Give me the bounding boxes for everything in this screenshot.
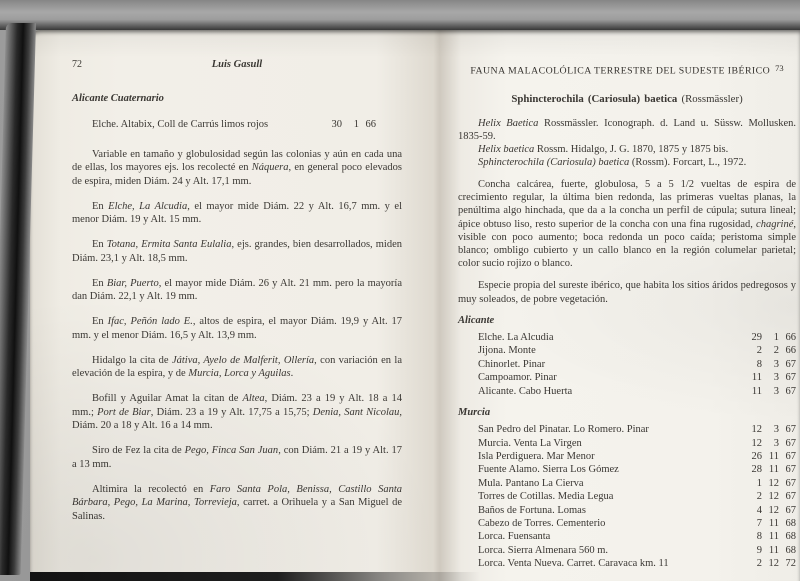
section-heading: Alicante Cuaternario bbox=[72, 92, 402, 106]
right-page: FAUNA MALACOLÓLICA TERRESTRE DEL SUDESTE… bbox=[458, 62, 796, 571]
region-heading: Alicante bbox=[458, 314, 796, 327]
date-year: 67 bbox=[779, 423, 796, 436]
paragraph: En Biar, Puerto, el mayor mide Diám. 26 … bbox=[72, 277, 402, 304]
locality-row: Cabezo de Torres. Cementerio71168 bbox=[458, 517, 796, 530]
paragraph: Hidalgo la cita de Játiva, Ayelo de Malf… bbox=[72, 354, 402, 381]
date-month: 12 bbox=[762, 477, 779, 490]
locality-name: Torres de Cotillas. Media Legua bbox=[478, 490, 745, 503]
text: , Diám. 23 a 19 y Alt. 17,75 a 15,75; bbox=[151, 407, 313, 418]
text: En bbox=[92, 278, 107, 289]
right-page-header: FAUNA MALACOLÓLICA TERRESTRE DEL SUDESTE… bbox=[458, 62, 796, 78]
paragraph: Especie propia del sureste ibérico, que … bbox=[458, 279, 796, 305]
text: Concha calcárea, fuerte, globulosa, 5 a … bbox=[458, 179, 796, 230]
right-page-paragraphs: Concha calcárea, fuerte, globulosa, 5 a … bbox=[458, 178, 796, 306]
italic-text: Altea bbox=[242, 393, 264, 404]
left-page-number: 72 bbox=[72, 58, 106, 72]
record-row: Elche. Altabix, Coll de Carrús limos roj… bbox=[72, 118, 402, 132]
locality-row: Campoamor. Pinar11367 bbox=[458, 371, 796, 384]
date-day: 1 bbox=[745, 477, 762, 490]
date-day: 8 bbox=[745, 530, 762, 543]
locality-table: Elche. La Alcudia29166Jijona. Monte2266C… bbox=[458, 331, 796, 398]
date-year: 67 bbox=[779, 358, 796, 371]
locality-row: Murcia. Venta La Virgen12367 bbox=[458, 437, 796, 450]
text: Siro de Fez la cita de bbox=[92, 445, 185, 456]
paragraph: En Totana, Ermita Santa Eulalia, ejs. gr… bbox=[72, 238, 402, 265]
italic-text: chagriné bbox=[756, 219, 793, 230]
locality-row: Lorca. Sierra Almenara 560 m.91168 bbox=[458, 544, 796, 557]
locality-row: Lorca. Fuensanta81168 bbox=[458, 530, 796, 543]
italic-text: Pego, Finca San Juan bbox=[185, 445, 279, 456]
date-day: 12 bbox=[745, 437, 762, 450]
paragraph: En Ifac, Peñón lado E., altos de espira,… bbox=[72, 315, 402, 342]
date-day: 11 bbox=[745, 385, 762, 398]
date-month: 3 bbox=[762, 437, 779, 450]
date-year: 68 bbox=[779, 517, 796, 530]
locality-row: Alicante. Cabo Huerta11367 bbox=[458, 385, 796, 398]
date-month: 11 bbox=[762, 450, 779, 463]
date-month: 11 bbox=[762, 544, 779, 557]
italic-text: Helix Baetica bbox=[478, 118, 538, 129]
locality-row: Torres de Cotillas. Media Legua21267 bbox=[458, 490, 796, 503]
locality-row: San Pedro del Pinatar. Lo Romero. Pinar1… bbox=[458, 423, 796, 436]
locality-name: Alicante. Cabo Huerta bbox=[478, 385, 745, 398]
text: En bbox=[92, 239, 107, 250]
locality-name: Lorca. Fuensanta bbox=[478, 530, 745, 543]
species-heading: Sphincterochila (Cariosula) baetica (Ros… bbox=[458, 93, 796, 106]
date-day: 28 bbox=[745, 463, 762, 476]
date-year: 66 bbox=[779, 331, 796, 344]
date-year: 72 bbox=[779, 557, 796, 570]
italic-text: Murcia, Lorca y Aguilas bbox=[188, 368, 290, 379]
italic-text: Totana, Ermita Santa Eulalia bbox=[107, 239, 232, 250]
locality-row: Chinorlet. Pinar8367 bbox=[458, 358, 796, 371]
date-month: 1 bbox=[762, 331, 779, 344]
locality-name: Fuente Alamo. Sierra Los Gómez bbox=[478, 463, 745, 476]
paragraph: Bofill y Aguilar Amat la citan de Altea,… bbox=[72, 392, 402, 433]
date-year: 67 bbox=[779, 450, 796, 463]
text: Altimira la recolectó en bbox=[92, 484, 210, 495]
date-month: 12 bbox=[762, 490, 779, 503]
italic-text: Játiva, Ayelo de Malferit, Ollería bbox=[172, 355, 314, 366]
locality-table: San Pedro del Pinatar. Lo Romero. Pinar1… bbox=[458, 423, 796, 570]
locality-name: Campoamor. Pinar bbox=[478, 371, 745, 384]
paragraph: Concha calcárea, fuerte, globulosa, 5 a … bbox=[458, 178, 796, 270]
date-month: 11 bbox=[762, 463, 779, 476]
scanner-bed-strip bbox=[0, 0, 800, 30]
date-day: 7 bbox=[745, 517, 762, 530]
date-day: 2 bbox=[745, 557, 762, 570]
text: Rossm. Hidalgo, J. G. 1870, 1875 y 1875 … bbox=[534, 144, 728, 155]
locality-row: Mula. Pantano La Cierva11267 bbox=[458, 477, 796, 490]
locality-name: Isla Perdiguera. Mar Menor bbox=[478, 450, 745, 463]
date-day: 2 bbox=[745, 490, 762, 503]
locality-name: Murcia. Venta La Virgen bbox=[478, 437, 745, 450]
date-month: 3 bbox=[762, 358, 779, 371]
date-month: 2 bbox=[762, 344, 779, 357]
date-year: 67 bbox=[779, 477, 796, 490]
text: En bbox=[92, 316, 108, 327]
text: Hidalgo la cita de bbox=[92, 355, 172, 366]
text: . bbox=[291, 368, 294, 379]
locality-row: Baños de Fortuna. Lomas41267 bbox=[458, 504, 796, 517]
date-month: 3 bbox=[762, 385, 779, 398]
record-year: 66 bbox=[359, 118, 376, 132]
italic-text: Port de Biar bbox=[97, 407, 151, 418]
date-year: 68 bbox=[779, 544, 796, 557]
paragraph: Sphincterochila (Cariosula) baetica (Ros… bbox=[458, 156, 796, 169]
region-heading: Murcia bbox=[458, 406, 796, 419]
species-author: (Rossmässler) bbox=[681, 93, 742, 105]
left-page-paragraphs: Variable en tamaño y globulosidad según … bbox=[72, 148, 402, 524]
text: Bofill y Aguilar Amat la citan de bbox=[92, 393, 242, 404]
left-page: 72 Luis Gasull Alicante Cuaternario Elch… bbox=[72, 58, 402, 523]
date-day: 26 bbox=[745, 450, 762, 463]
right-running-header: FAUNA MALACOLÓLICA TERRESTRE DEL SUDESTE… bbox=[470, 66, 770, 77]
locality-name: Elche. La Alcudia bbox=[478, 331, 745, 344]
date-day: 4 bbox=[745, 504, 762, 517]
date-year: 66 bbox=[779, 344, 796, 357]
date-year: 67 bbox=[779, 437, 796, 450]
date-month: 3 bbox=[762, 371, 779, 384]
paragraph: Variable en tamaño y globulosidad según … bbox=[72, 148, 402, 189]
record-locality: Elche. Altabix, Coll de Carrús limos roj… bbox=[92, 118, 325, 132]
locality-name: Chinorlet. Pinar bbox=[478, 358, 745, 371]
locality-name: San Pedro del Pinatar. Lo Romero. Pinar bbox=[478, 423, 745, 436]
date-day: 29 bbox=[745, 331, 762, 344]
species-name: Sphincterochila (Cariosula) baetica bbox=[511, 93, 677, 105]
italic-text: Elche, La Alcudia bbox=[108, 201, 187, 212]
locality-name: Lorca. Sierra Almenara 560 m. bbox=[478, 544, 745, 557]
date-year: 67 bbox=[779, 504, 796, 517]
paragraph: Helix baetica Rossm. Hidalgo, J. G. 1870… bbox=[458, 143, 796, 156]
paragraph: Siro de Fez la cita de Pego, Finca San J… bbox=[72, 444, 402, 471]
date-year: 68 bbox=[779, 530, 796, 543]
date-year: 67 bbox=[779, 371, 796, 384]
left-page-header: 72 Luis Gasull bbox=[72, 58, 402, 72]
locality-row: Lorca. Venta Nueva. Carret. Caravaca km.… bbox=[458, 557, 796, 570]
date-year: 67 bbox=[779, 385, 796, 398]
italic-text: Sphincterochila (Cariosula) baetica bbox=[478, 157, 629, 168]
date-month: 11 bbox=[762, 530, 779, 543]
right-page-number: 73 bbox=[775, 63, 784, 73]
text: (Rossm). Forcart, L., 1972. bbox=[629, 157, 746, 168]
locality-row: Isla Perdiguera. Mar Menor261167 bbox=[458, 450, 796, 463]
record-day: 30 bbox=[325, 118, 342, 132]
locality-name: Mula. Pantano La Cierva bbox=[478, 477, 745, 490]
book-bottom-edge-shadow bbox=[30, 572, 480, 581]
record-month: 1 bbox=[342, 118, 359, 132]
date-year: 67 bbox=[779, 463, 796, 476]
locality-regions: AlicanteElche. La Alcudia29166Jijona. Mo… bbox=[458, 314, 796, 571]
date-day: 11 bbox=[745, 371, 762, 384]
date-day: 2 bbox=[745, 344, 762, 357]
date-day: 9 bbox=[745, 544, 762, 557]
left-running-header: Luis Gasull bbox=[106, 58, 368, 72]
paragraph: En Elche, La Alcudia, el mayor mide Diám… bbox=[72, 200, 402, 227]
date-day: 8 bbox=[745, 358, 762, 371]
locality-name: Jijona. Monte bbox=[478, 344, 745, 357]
locality-row: Elche. La Alcudia29166 bbox=[458, 331, 796, 344]
date-month: 3 bbox=[762, 423, 779, 436]
synonymy-block: Helix Baetica Rossmässler. Iconograph. d… bbox=[458, 117, 796, 169]
date-month: 12 bbox=[762, 504, 779, 517]
italic-text: Denia, Sant Nicolau bbox=[313, 407, 400, 418]
date-month: 12 bbox=[762, 557, 779, 570]
date-day: 12 bbox=[745, 423, 762, 436]
locality-name: Lorca. Venta Nueva. Carret. Caravaca km.… bbox=[478, 557, 745, 570]
italic-text: Biar, Puerto bbox=[107, 278, 159, 289]
italic-text: Helix baetica bbox=[478, 144, 534, 155]
paragraph: Helix Baetica Rossmässler. Iconograph. d… bbox=[458, 117, 796, 143]
italic-text: Náquera bbox=[252, 162, 289, 173]
locality-name: Baños de Fortuna. Lomas bbox=[478, 504, 745, 517]
locality-row: Jijona. Monte2266 bbox=[458, 344, 796, 357]
date-month: 11 bbox=[762, 517, 779, 530]
paragraph: Altimira la recolectó en Faro Santa Pola… bbox=[72, 483, 402, 524]
text: En bbox=[92, 201, 108, 212]
locality-name: Cabezo de Torres. Cementerio bbox=[478, 517, 745, 530]
italic-text: Ifac, Peñón lado E. bbox=[108, 316, 193, 327]
date-year: 67 bbox=[779, 490, 796, 503]
locality-row: Fuente Alamo. Sierra Los Gómez281167 bbox=[458, 463, 796, 476]
text: Especie propia del sureste ibérico, que … bbox=[458, 280, 796, 304]
